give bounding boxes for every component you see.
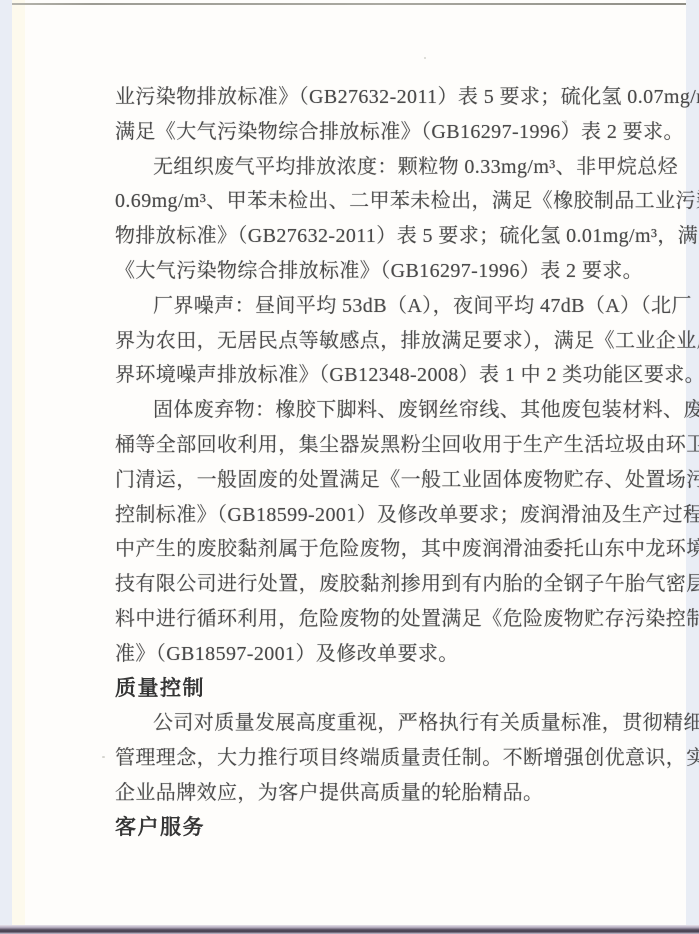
text-line: 中产生的废胶黏剂属于危险废物，其中废润滑油委托山东中龙环境科 (115, 532, 687, 567)
page-text-block: 业污染物排放标准》（GB27632-2011）表 5 要求；硫化氢 0.07mg… (115, 80, 687, 846)
text-line: 《大气污染物综合排放标准》（GB16297-1996）表 2 要求。 (115, 254, 687, 289)
text-line: 准》（GB18597-2001）及修改单要求。 (115, 637, 687, 672)
scan-speckle (102, 756, 105, 758)
text-line: 管理理念，大力推行项目终端质量责任制。不断增强创优意识，实现 (115, 741, 687, 776)
text-line: 无组织废气平均排放浓度：颗粒物 0.33mg/m³、非甲烷总烃 (115, 150, 687, 185)
text-line: 固体废弃物：橡胶下脚料、废钢丝帘线、其他废包装材料、废油 (115, 393, 687, 428)
text-line: 桶等全部回收利用，集尘器炭黑粉尘回收用于生产生活垃圾由环卫部 (115, 428, 687, 463)
text-line: 0.69mg/m³、甲苯未检出、二甲苯未检出，满足《橡胶制品工业污染 (115, 184, 687, 219)
text-line: 技有限公司进行处置，废胶黏剂掺用到有内胎的全钢子午胎气密层胶 (115, 567, 687, 602)
text-line: 企业品牌效应，为客户提供高质量的轮胎精品。 (115, 776, 687, 811)
scan-speckle (424, 57, 426, 59)
text-line: 门清运，一般固废的处置满足《一般工业固体废物贮存、处置场污染 (115, 463, 687, 498)
text-line: 控制标准》（GB18599-2001）及修改单要求；废润滑油及生产过程 (115, 498, 687, 533)
text-line: 满足《大气污染物综合排放标准》（GB16297-1996）表 2 要求。 (115, 115, 687, 150)
text-line: 物排放标准》（GB27632-2011）表 5 要求；硫化氢 0.01mg/m³… (115, 219, 687, 254)
section-heading: 客户服务 (115, 811, 687, 846)
page-left-edge-tint (12, 0, 25, 926)
text-line: 公司对质量发展高度重视，严格执行有关质量标准，贯彻精细化 (115, 706, 687, 741)
text-line: 界环境噪声排放标准》（GB12348-2008）表 1 中 2 类功能区要求。 (115, 358, 687, 393)
page-bottom-edge-shadow (0, 925, 699, 934)
scan-speckle (564, 120, 567, 123)
text-line: 业污染物排放标准》（GB27632-2011）表 5 要求；硫化氢 0.07mg… (115, 80, 687, 115)
text-line: 厂界噪声：昼间平均 53dB（A），夜间平均 47dB（A）（北厂 (115, 289, 687, 324)
document-page: 业污染物排放标准》（GB27632-2011）表 5 要求；硫化氢 0.07mg… (12, 0, 686, 926)
text-line: 料中进行循环利用，危险废物的处置满足《危险废物贮存污染控制标 (115, 602, 687, 637)
page-top-edge-line (12, 3, 686, 5)
section-heading: 质量控制 (115, 672, 687, 707)
text-line: 界为农田，无居民点等敏感点，排放满足要求），满足《工业企业厂 (115, 324, 687, 359)
